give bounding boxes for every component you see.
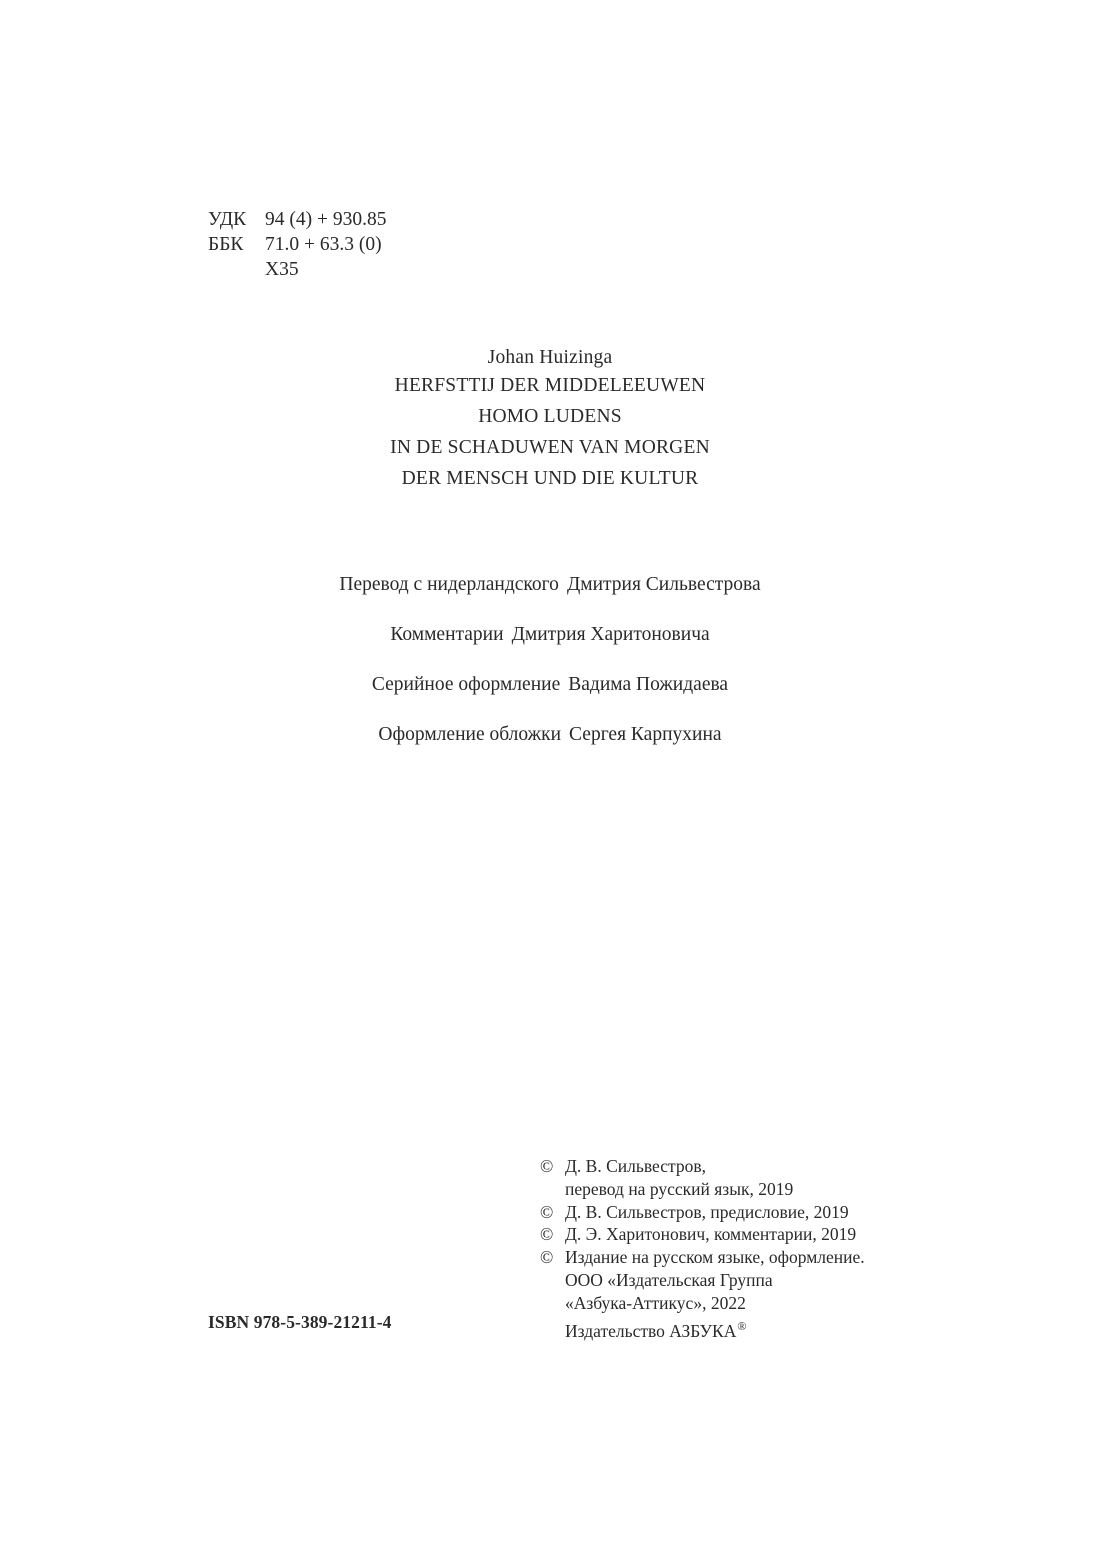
copyright-icon: © — [540, 1223, 565, 1246]
copyright-text: Д. В. Сильвестров, перевод на русский яз… — [565, 1155, 793, 1201]
classification-block: УДК 94 (4) + 930.85 ББК 71.0 + 63.3 (0) … — [208, 207, 387, 282]
udk-row: УДК 94 (4) + 930.85 — [208, 207, 387, 232]
credit-role: Оформление обложки — [378, 724, 561, 745]
copyright-text: Издание на русском языке, оформление. ОО… — [565, 1246, 865, 1314]
credit-role: Перевод с нидерландского — [339, 574, 559, 595]
credit-person: Вадима Пожидаева — [568, 674, 728, 695]
copyright-icon: © — [540, 1201, 565, 1224]
author-mark: Х35 — [208, 257, 387, 282]
credit-commentary: КомментарииДмитрия Харитоновича — [0, 622, 1100, 672]
isbn: ISBN 978-5-389-21211-4 — [208, 1311, 392, 1333]
publisher-text: Издательство АЗБУКА — [565, 1321, 736, 1341]
copyright-entry: © Д. В. Сильвестров, перевод на русский … — [540, 1155, 865, 1201]
copyright-icon: © — [540, 1246, 565, 1314]
publisher-name: Издательство АЗБУКА® — [565, 1315, 747, 1343]
credits-block: Перевод с нидерландскогоДмитрия Сильвест… — [0, 572, 1100, 772]
credit-person: Сергея Карпухина — [569, 724, 722, 745]
copyright-text: Д. В. Сильвестров, предисловие, 2019 — [565, 1201, 849, 1224]
copyright-icon: © — [540, 1155, 565, 1201]
credit-person: Дмитрия Харитоновича — [512, 624, 710, 645]
udk-label: УДК — [208, 207, 265, 232]
original-author: Johan Huizinga — [0, 346, 1100, 370]
copyright-block: © Д. В. Сильвестров, перевод на русский … — [540, 1155, 865, 1342]
credit-role: Комментарии — [390, 624, 503, 645]
copyright-entry: © Д. Э. Харитонович, комментарии, 2019 — [540, 1223, 865, 1246]
original-title: HERFSTTIJ DER MIDDELEEUWEN — [0, 370, 1100, 401]
copyright-entry: © Издание на русском языке, оформление. … — [540, 1246, 865, 1314]
original-title: IN DE SCHADUWEN VAN MORGEN — [0, 432, 1100, 463]
credit-translation: Перевод с нидерландскогоДмитрия Сильвест… — [0, 572, 1100, 622]
original-title: DER MENSCH UND DIE KULTUR — [0, 463, 1100, 494]
credit-cover-design: Оформление обложкиСергея Карпухина — [0, 722, 1100, 772]
credit-role: Серийное оформление — [372, 674, 560, 695]
copyright-text: Д. Э. Харитонович, комментарии, 2019 — [565, 1223, 856, 1246]
bbk-value: 71.0 + 63.3 (0) — [265, 232, 382, 257]
bbk-row: ББК 71.0 + 63.3 (0) — [208, 232, 387, 257]
credit-series-design: Серийное оформлениеВадима Пожидаева — [0, 672, 1100, 722]
udk-value: 94 (4) + 930.85 — [265, 207, 387, 232]
bbk-label: ББК — [208, 232, 265, 257]
original-titles-block: Johan Huizinga HERFSTTIJ DER MIDDELEEUWE… — [0, 346, 1100, 494]
credit-person: Дмитрия Сильвестрова — [567, 574, 761, 595]
registered-trademark-icon: ® — [737, 1319, 746, 1333]
copyright-entry: © Д. В. Сильвестров, предисловие, 2019 — [540, 1201, 865, 1224]
publisher-line: Издательство АЗБУКА® — [540, 1315, 865, 1343]
original-title: HOMO LUDENS — [0, 401, 1100, 432]
